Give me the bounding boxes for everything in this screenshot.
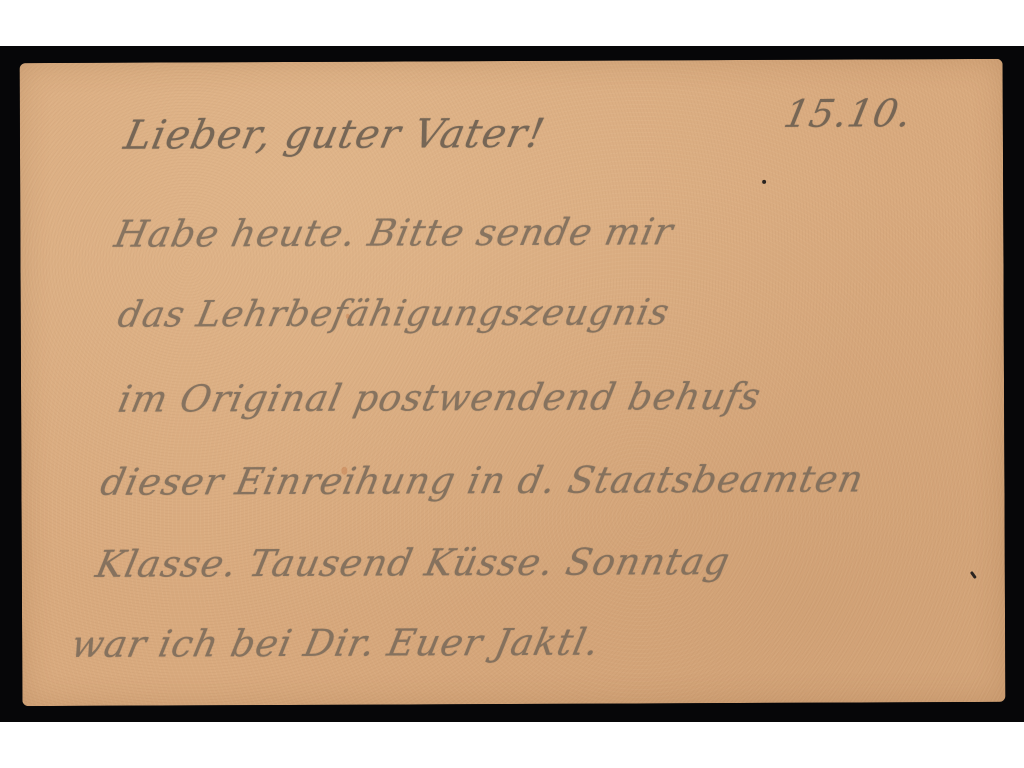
- date: 15.10.: [780, 91, 916, 136]
- ink-dot: [762, 180, 766, 184]
- postcard: Lieber, guter Vater! 15.10. Habe heute. …: [20, 59, 1006, 706]
- salutation: Lieber, guter Vater!: [120, 111, 549, 159]
- body-line: im Original postwendend behufs: [115, 375, 765, 421]
- closing-line: war ich bei Dir. Euer Jaktl.: [68, 621, 604, 666]
- body-line: dieser Einreihung in d. Staatsbeamten: [97, 457, 868, 503]
- body-line: das Lehrbefähigungszeugnis: [114, 292, 673, 335]
- foxing-spot: [346, 314, 350, 319]
- foxing-spot: [341, 467, 347, 475]
- body-line: Klasse. Tausend Küsse. Sonntag: [92, 540, 734, 586]
- photo-background: Lieber, guter Vater! 15.10. Habe heute. …: [0, 46, 1024, 722]
- body-line: Habe heute. Bitte sende mir: [111, 210, 678, 255]
- ink-mark: [970, 571, 977, 579]
